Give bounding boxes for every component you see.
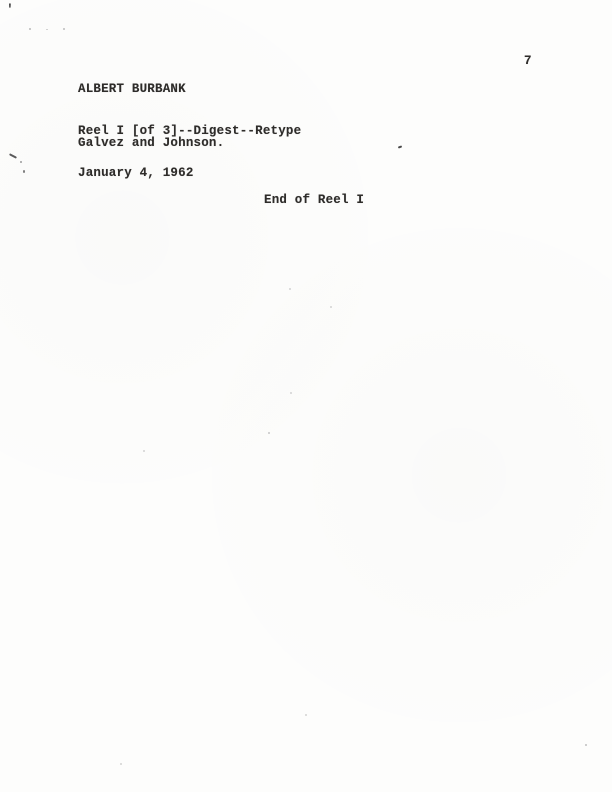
scan-speck <box>20 161 22 163</box>
scan-speck <box>23 170 25 173</box>
document-header: ALBERT BURBANK Reel I [of 3]--Digest--Re… <box>78 54 301 208</box>
scan-speck <box>585 744 587 746</box>
scan-speck <box>268 432 270 434</box>
scan-smudge <box>9 153 17 159</box>
scan-speck <box>305 714 307 716</box>
scanned-document-page: ' ALBERT BURBANK Reel I [of 3]--Digest--… <box>0 0 612 792</box>
scan-speck <box>63 28 65 30</box>
scan-artifact-apostrophe: ' <box>6 2 14 17</box>
header-date-line: January 4, 1962 <box>78 166 301 180</box>
scan-artifact-mark <box>398 145 402 148</box>
header-author-line: ALBERT BURBANK <box>78 82 301 96</box>
body-names-line: Galvez and Johnson. <box>78 136 224 150</box>
scan-speck <box>143 450 145 452</box>
scan-speck <box>46 29 48 30</box>
page-number: 7 <box>524 54 532 68</box>
scan-speck <box>330 306 332 308</box>
scan-speck <box>29 28 31 30</box>
scan-speck <box>289 288 291 290</box>
scan-speck <box>120 763 122 765</box>
end-of-reel-note: End of Reel I <box>264 193 364 207</box>
scan-speck <box>290 392 292 394</box>
